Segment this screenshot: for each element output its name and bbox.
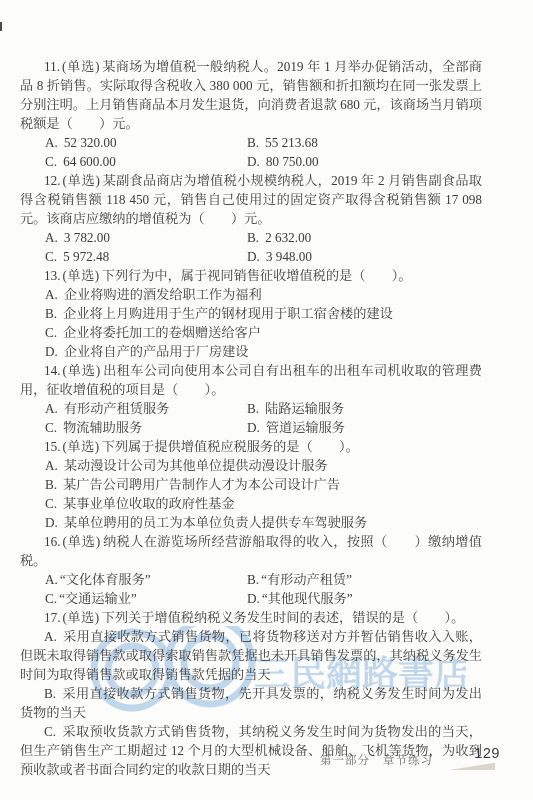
option-d: D.80 750.00	[247, 152, 482, 171]
footer-section-label: 第一部分	[320, 752, 370, 772]
option-b: B.“有形动产租赁”	[247, 570, 482, 589]
question-number: 15.	[44, 439, 60, 454]
option-text: 企业将自产的产品用于厂房建设	[64, 344, 249, 359]
option-d: D.3 948.00	[247, 247, 482, 266]
question-type: (单选)	[62, 173, 100, 188]
option-text: 某事业单位收取的政府性基金	[63, 496, 234, 511]
option-c: C.64 600.00	[20, 152, 247, 171]
option-a: A.3 782.00	[20, 228, 247, 247]
option-b: B.某广告公司聘用广告制作人才为本公司设计广告	[20, 475, 482, 494]
option-text: 陆路运输服务	[265, 401, 344, 416]
scanned-book-page: 三民網路書店 11.(单选)某商场为增值税一般纳税人。2019 年 1 月举办促…	[0, 0, 533, 800]
option-label: B.	[44, 686, 56, 701]
option-c: C.5 972.48	[20, 247, 247, 266]
option-text: 某广告公司聘用广告制作人才为本公司设计广告	[63, 477, 340, 492]
option-text: 5 972.48	[63, 249, 109, 264]
option-text: 采用直接收款方式销售货物，先开具发票的，纳税义务发生时间为发出货物的当天	[20, 686, 482, 720]
option-text: 55 213.68	[265, 135, 318, 150]
question-number: 14.	[44, 363, 60, 378]
options-row: A.有形动产租赁服务 B.陆路运输服务	[20, 399, 482, 418]
option-label: C.	[45, 249, 57, 264]
option-a: A.企业将购进的酒发给职工作为福利	[20, 285, 482, 304]
option-label: A.	[45, 572, 58, 587]
question-type: (单选)	[62, 268, 99, 283]
options-row: C.“交通运输业” D.“其他现代服务”	[20, 589, 482, 608]
question-number: 16.	[44, 534, 60, 549]
options-row: A.“文化体育服务” B.“有形动产租赁”	[20, 570, 482, 589]
question-number: 11.	[44, 59, 60, 74]
question-type: (单选)	[62, 439, 99, 454]
option-text: 某动漫设计公司为其他单位提供动漫设计服务	[64, 458, 328, 473]
option-d: D.企业将自产的产品用于厂房建设	[20, 342, 482, 361]
option-label: C.	[44, 724, 56, 739]
question-14: 14.(单选)出租车公司向使用本公司自有出租车的出租车司机收取的管理费用，征收增…	[20, 361, 482, 437]
option-label: D.	[247, 154, 260, 169]
question-type: (单选)	[62, 59, 100, 74]
option-text: “文化体育服务”	[60, 572, 151, 587]
options-row: C.物流辅助服务 D.管道运输服务	[20, 418, 482, 437]
option-label: C.	[45, 154, 57, 169]
page-number-block: 129	[449, 746, 503, 772]
question-type: (单选)	[62, 363, 100, 378]
option-a: A.采用直接收款方式销售货物，已将货物移送对方并暂估销售收入入账，但既未取得销售…	[20, 627, 482, 684]
question-16: 16.(单选)纳税人在游览场所经营游船取得的收入，按照（ ）缴纳增值税。 A.“…	[20, 532, 482, 608]
option-a: A.某动漫设计公司为其他单位提供动漫设计服务	[20, 456, 482, 475]
option-text: 2 632.00	[265, 230, 311, 245]
option-label: A.	[45, 135, 58, 150]
question-type: (单选)	[62, 534, 100, 549]
option-b: B.2 632.00	[247, 228, 482, 247]
question-stem: 17.(单选)下列关于增值税纳税义务发生时间的表述，错误的是（ ）。	[20, 608, 482, 627]
option-d: D.管道运输服务	[247, 418, 482, 437]
option-text: “交通运输业”	[59, 591, 137, 606]
option-text: “其他现代服务”	[262, 591, 353, 606]
question-stem: 13.(单选)下列行为中，属于视同销售征收增值税的是（ ）。	[20, 266, 482, 285]
option-a: A.“文化体育服务”	[20, 570, 247, 589]
question-12: 12.(单选)某副食品商店为增值税小规模纳税人，2019 年 2 月销售副食品取…	[20, 171, 482, 266]
option-b: B.陆路运输服务	[247, 399, 482, 418]
option-label: B.	[247, 230, 259, 245]
option-label: A.	[44, 629, 57, 644]
option-label: B.	[247, 401, 259, 416]
option-text: 企业将购进的酒发给职工作为福利	[64, 287, 262, 302]
option-d: D.“其他现代服务”	[247, 589, 482, 608]
option-text: 企业将委托加工的卷烟赠送给客户	[63, 325, 261, 340]
footer-subsection-label: 章节练习	[383, 752, 433, 772]
option-label: B.	[45, 477, 57, 492]
option-label: A.	[45, 230, 58, 245]
option-label: C.	[45, 591, 57, 606]
scan-edge-artifact	[0, 22, 2, 31]
option-c: C.物流辅助服务	[20, 418, 247, 437]
exercise-text-block: 11.(单选)某商场为增值税一般纳税人。2019 年 1 月举办促销活动，全部商…	[20, 57, 482, 779]
question-text: 下列关于增值税纳税义务发生时间的表述，错误的是（ ）。	[102, 610, 465, 625]
option-label: D.	[45, 515, 58, 530]
option-text: 某单位聘用的员工为本单位负责人提供专车驾驶服务	[64, 515, 367, 530]
question-text: 下列行为中，属于视同销售征收增值税的是（ ）。	[102, 268, 412, 283]
options-row: A.52 320.00 B.55 213.68	[20, 133, 482, 152]
option-text: 管道运输服务	[266, 420, 345, 435]
page-number: 129	[474, 746, 500, 762]
option-c: C.“交通运输业”	[20, 589, 247, 608]
option-a: A.52 320.00	[20, 133, 247, 152]
option-text: 80 750.00	[266, 154, 319, 169]
options-row: C.5 972.48 D.3 948.00	[20, 247, 482, 266]
option-label: B.	[247, 135, 259, 150]
option-text: 采用直接收款方式销售货物，已将货物移送对方并暂估销售收入入账，但既未取得销售款或…	[20, 629, 482, 682]
option-b: B.采用直接收款方式销售货物，先开具发票的，纳税义务发生时间为发出货物的当天	[20, 684, 482, 722]
option-label: A.	[45, 401, 58, 416]
option-label: C.	[45, 496, 57, 511]
question-number: 17.	[44, 610, 60, 625]
option-label: D.	[247, 249, 260, 264]
page-number-triangle-icon	[449, 761, 495, 770]
question-number: 13.	[44, 268, 60, 283]
question-13: 13.(单选)下列行为中，属于视同销售征收增值税的是（ ）。 A.企业将购进的酒…	[20, 266, 482, 361]
option-label: A.	[45, 458, 58, 473]
question-number: 12.	[44, 173, 60, 188]
option-text: 物流辅助服务	[63, 420, 142, 435]
option-text: 64 600.00	[63, 154, 116, 169]
question-stem: 14.(单选)出租车公司向使用本公司自有出租车的出租车司机收取的管理费用，征收增…	[20, 361, 482, 399]
option-label: C.	[45, 325, 57, 340]
option-text: 3 782.00	[64, 230, 110, 245]
page-footer: 第一部分 章节练习 129	[320, 746, 503, 772]
option-a: A.有形动产租赁服务	[20, 399, 247, 418]
option-b: B.55 213.68	[247, 133, 482, 152]
option-b: B.企业将上月购进用于生产的钢材现用于职工宿舍楼的建设	[20, 304, 482, 323]
question-11: 11.(单选)某商场为增值税一般纳税人。2019 年 1 月举办促销活动，全部商…	[20, 57, 482, 171]
options-row: A.3 782.00 B.2 632.00	[20, 228, 482, 247]
option-label: D.	[247, 591, 260, 606]
option-text: 企业将上月购进用于生产的钢材现用于职工宿舍楼的建设	[63, 306, 393, 321]
option-text: “有形动产租赁”	[261, 572, 352, 587]
option-label: D.	[247, 420, 260, 435]
question-type: (单选)	[62, 610, 99, 625]
option-c: C.某事业单位收取的政府性基金	[20, 494, 482, 513]
option-c: C.企业将委托加工的卷烟赠送给客户	[20, 323, 482, 342]
option-d: D.某单位聘用的员工为本单位负责人提供专车驾驶服务	[20, 513, 482, 532]
question-stem: 15.(单选)下列属于提供增值税应税服务的是（ ）。	[20, 437, 482, 456]
option-text: 3 948.00	[266, 249, 312, 264]
option-label: B.	[247, 572, 259, 587]
option-text: 有形动产租赁服务	[64, 401, 170, 416]
options-row: C.64 600.00 D.80 750.00	[20, 152, 482, 171]
question-15: 15.(单选)下列属于提供增值税应税服务的是（ ）。 A.某动漫设计公司为其他单…	[20, 437, 482, 532]
option-label: B.	[45, 306, 57, 321]
option-label: C.	[45, 420, 57, 435]
question-stem: 11.(单选)某商场为增值税一般纳税人。2019 年 1 月举办促销活动，全部商…	[20, 57, 482, 133]
option-label: A.	[45, 287, 58, 302]
question-text: 下列属于提供增值税应税服务的是（ ）。	[102, 439, 359, 454]
question-stem: 12.(单选)某副食品商店为增值税小规模纳税人，2019 年 2 月销售副食品取…	[20, 171, 482, 228]
question-stem: 16.(单选)纳税人在游览场所经营游船取得的收入，按照（ ）缴纳增值税。	[20, 532, 482, 570]
option-text: 52 320.00	[64, 135, 117, 150]
option-label: D.	[45, 344, 58, 359]
